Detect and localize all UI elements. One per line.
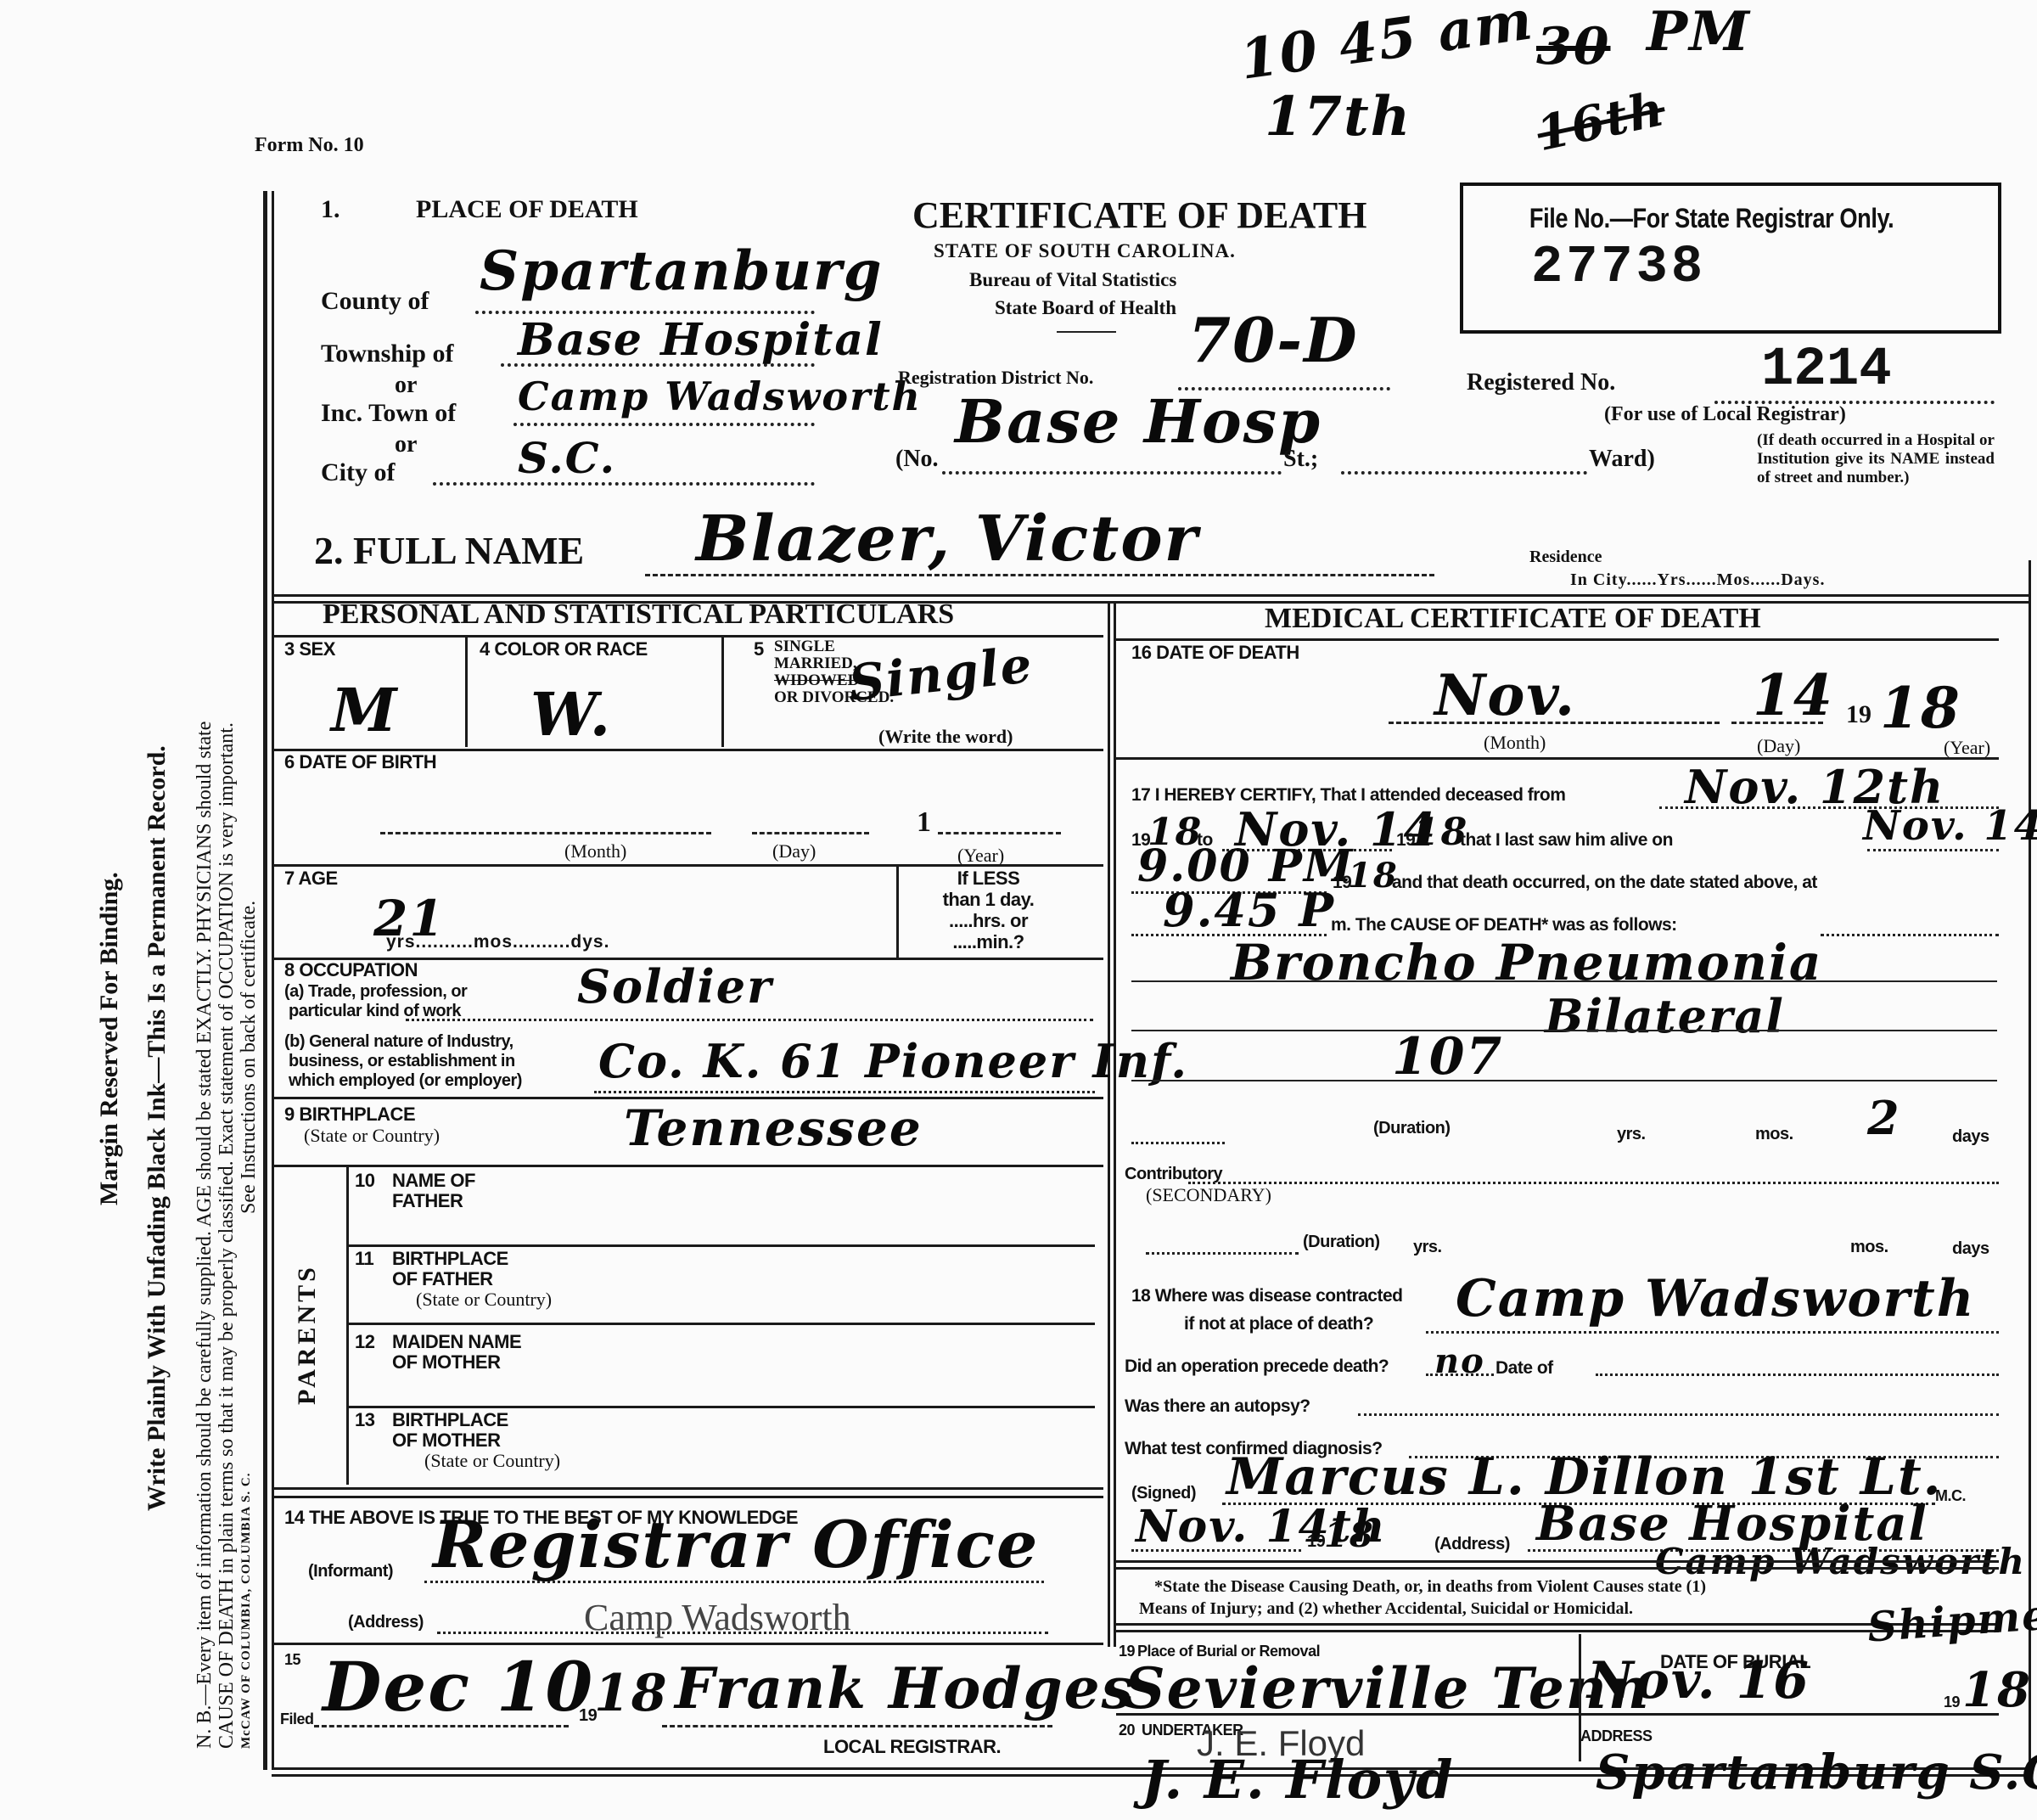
parent-l1: MAIDEN NAME <box>392 1331 521 1353</box>
parent-l1: BIRTHPLACE <box>392 1248 508 1270</box>
form-left-border <box>263 191 267 1770</box>
personal-header-rule <box>272 635 1103 638</box>
form-left-border-inner <box>272 191 274 1770</box>
autopsy-line <box>1358 1413 1999 1416</box>
margin-nb-line3: See Instructions on back of certificate. <box>238 901 261 1214</box>
last-saw-year: 18 <box>1348 856 1399 896</box>
burial-date-value: Nov. 16 <box>1587 1651 1810 1710</box>
certificate-title: CERTIFICATE OF DEATH <box>912 194 1366 237</box>
undertaker-address: Spartanburg S.C. <box>1596 1744 2037 1800</box>
town-label: Inc. Town of <box>321 399 456 428</box>
parent-row-father-birthplace: 11 BIRTHPLACE OF FATHER (State or Countr… <box>348 1244 1103 1324</box>
duration-days: days <box>1952 1127 1989 1147</box>
filed-year-value: 18 <box>594 1664 669 1723</box>
age-units: yrs..........mos..........dys. <box>386 932 609 952</box>
filed-rule-top <box>272 1643 1103 1645</box>
undertaker-address-label: ADDRESS <box>1580 1727 1653 1745</box>
parent-row-mother-name: 12 MAIDEN NAME OF MOTHER <box>348 1323 1103 1402</box>
city-label: City of <box>321 458 395 487</box>
less-day-1: If LESS <box>901 868 1075 889</box>
informant-rule-top <box>272 1487 1103 1490</box>
footnote-1: *State the Disease Causing Death, or, in… <box>1154 1577 1706 1597</box>
burial-year: 18 <box>1962 1662 2032 1718</box>
death-time: 9.45 P <box>1163 883 1335 937</box>
shipment-annotation: Shipment <box>1866 1587 2037 1651</box>
informant-value: Registrar Office <box>433 1507 1039 1582</box>
parent-l1: NAME OF <box>392 1170 475 1192</box>
dob-year-line <box>938 832 1061 834</box>
date-of-label: Date of <box>1495 1358 1553 1379</box>
street-prefix: (No. <box>895 446 939 473</box>
dod-day: 14 <box>1753 662 1834 728</box>
dob-month-caption: (Month) <box>564 840 626 862</box>
street-value: Base Hosp <box>955 386 1322 457</box>
dob-month-line <box>380 832 711 834</box>
parents-label: PARENTS <box>293 1264 322 1405</box>
date-of-line <box>1596 1373 1999 1376</box>
margin-binding-note: Margin Reserved For Binding. <box>95 872 124 1205</box>
footnote-rule-bottom-2 <box>1116 1630 1999 1632</box>
birthplace-label: 9 BIRTHPLACE <box>284 1104 415 1126</box>
burial-place-value: Sevierville Tenn <box>1125 1655 1651 1722</box>
town-value: Camp Wadsworth <box>518 374 922 419</box>
occupation-b-value: Co. K. 61 Pioneer Inf. <box>598 1034 1188 1088</box>
township-label: Township of <box>321 340 453 368</box>
informant-label: (Informant) <box>308 1562 393 1581</box>
parent-num: 11 <box>355 1248 373 1270</box>
dod-year-caption: (Year) <box>1944 737 1990 759</box>
occupation-b-line1: (b) General nature of Industry, <box>284 1032 513 1052</box>
occupation-a-line1: (a) Trade, profession, or <box>284 982 467 1002</box>
parent-l2: OF MOTHER <box>392 1430 501 1452</box>
state-name: STATE OF SOUTH CAROLINA. <box>934 240 1236 262</box>
name-divider-top <box>272 594 2029 597</box>
registration-district-value: 70-D <box>1188 304 1359 376</box>
duration-label: (Duration) <box>1373 1119 1451 1138</box>
informant-address-stamp: Camp Wadsworth <box>584 1596 851 1639</box>
race-label: 4 COLOR OR RACE <box>480 638 648 660</box>
q18-line2: if not at place of death? <box>1184 1314 1373 1334</box>
autopsy-label: Was there an autopsy? <box>1125 1396 1310 1417</box>
cause-label-line <box>1821 934 1999 936</box>
registrar-value: Frank Hodges <box>675 1655 1135 1722</box>
cause-line-1 <box>1131 980 1997 982</box>
secondary-label: (SECONDARY) <box>1146 1184 1271 1206</box>
secondary-duration-yrs: yrs. <box>1413 1238 1442 1257</box>
signed-suffix: M.C. <box>1935 1487 1966 1505</box>
birthplace-value: Tennessee <box>624 1099 923 1157</box>
sex-label: 3 SEX <box>284 638 335 660</box>
parent-l2: OF MOTHER <box>392 1351 501 1373</box>
informant-address-label: (Address) <box>348 1613 424 1632</box>
cause-of-death-3: 107 <box>1392 1027 1503 1087</box>
dod-year: 18 <box>1880 675 1961 741</box>
secondary-duration-mos: mos. <box>1850 1238 1888 1257</box>
sign-year-prefix: 19 <box>1307 1532 1325 1552</box>
registered-no-value: 1214 <box>1761 340 1892 401</box>
burial-row-rule <box>1116 1713 1999 1716</box>
burial-year-prefix: 19 <box>1944 1694 1960 1711</box>
form-right-border <box>2029 560 2031 1766</box>
street-line <box>942 471 1282 475</box>
filed-date-value: Dec 10 <box>323 1647 594 1727</box>
row-rule-7 <box>272 864 1103 867</box>
registered-no-label: Registered No. <box>1467 369 1615 396</box>
duration-days-value: 2 <box>1867 1091 1901 1145</box>
certify-death-occurred: and that death occurred, on the date sta… <box>1392 873 1817 893</box>
cause-line-2 <box>1131 1030 1997 1031</box>
file-number-box: File No.—For State Registrar Only. 27738 <box>1460 183 2001 334</box>
race-value: W. <box>530 679 612 750</box>
sex-value: M <box>331 675 399 745</box>
sign-year: 18 <box>1324 1515 1375 1555</box>
dob-year-prefix: 1 <box>917 806 931 839</box>
certify-19-b: 19 <box>1396 830 1415 851</box>
operation-label: Did an operation precede death? <box>1125 1357 1389 1377</box>
or-label-2: or <box>395 431 417 458</box>
q18-value: Camp Wadsworth <box>1456 1269 1975 1328</box>
county-value: Spartanburg <box>480 239 883 303</box>
secondary-duration-days: days <box>1952 1239 1989 1259</box>
dod-month: Nov. <box>1434 662 1576 728</box>
duration-mos: mos. <box>1755 1125 1793 1144</box>
full-name-value: Blazer, Victor <box>696 503 1199 576</box>
contributory-line <box>1188 1182 1999 1184</box>
dob-day-caption: (Day) <box>772 840 816 862</box>
occupation-b-line2: business, or establishment in <box>289 1052 515 1071</box>
parent-num: 13 <box>355 1409 374 1431</box>
cause-of-death-2: Bilateral <box>1545 989 1785 1043</box>
local-registrar-note: (For use of Local Registrar) <box>1604 403 1846 426</box>
footnote-rule-top-2 <box>1116 1567 1999 1570</box>
parent-l1: BIRTHPLACE <box>392 1409 508 1431</box>
street-suffix: St.; <box>1283 446 1318 473</box>
full-name-label: 2. FULL NAME <box>314 528 584 573</box>
dod-month-caption: (Month) <box>1484 732 1546 754</box>
occupation-b-line3: which employed (or employer) <box>289 1071 522 1091</box>
parent-row-father-name: 10 NAME OF FATHER <box>348 1166 1103 1246</box>
q18-line <box>1426 1331 1999 1334</box>
ward-line <box>1341 471 1587 475</box>
parent-num: 12 <box>355 1331 374 1353</box>
hospital-note: (If death occurred in a Hospital or Inst… <box>1757 431 1995 487</box>
parent-row-mother-birthplace: 13 BIRTHPLACE OF MOTHER (State or Countr… <box>348 1406 1103 1486</box>
less-day-3: .....hrs. or <box>901 910 1075 931</box>
residence-label: Residence <box>1529 548 1602 567</box>
less-than-day-box: If LESS than 1 day. .....hrs. or .....mi… <box>901 868 1075 952</box>
dod-day-caption: (Day) <box>1757 735 1800 757</box>
marital-note: (Write the word) <box>878 726 1013 748</box>
last-saw-value: Nov. 14 <box>1863 802 2037 850</box>
marital-num: 5 <box>754 638 764 660</box>
certify-last-saw: that I last saw him alive on <box>1460 830 1673 851</box>
board-name: State Board of Health <box>995 297 1176 319</box>
parent-l3: (State or Country) <box>416 1289 552 1311</box>
dob-label: 6 DATE OF BIRTH <box>284 751 436 773</box>
annotation-struck: 30 <box>1536 17 1611 76</box>
cause-of-death-label: m. The CAUSE OF DEATH* was as follows: <box>1331 915 1677 935</box>
parent-num: 10 <box>355 1170 374 1192</box>
registrar-line <box>662 1725 1052 1727</box>
cause-line-3 <box>1131 1080 1997 1081</box>
informant-rule-top-2 <box>272 1496 1103 1498</box>
filed-label: Filed <box>280 1710 314 1728</box>
undertaker-signature: J. E. Floyd <box>1142 1749 1454 1811</box>
registrar-caption: LOCAL REGISTRAR. <box>823 1736 1001 1758</box>
dob-day-line <box>752 832 869 834</box>
undertaker-num: 20 <box>1119 1722 1135 1739</box>
less-day-4: .....min.? <box>901 931 1075 952</box>
race-divider <box>721 637 724 747</box>
printer-imprint: McCAW OF COLUMBIA, COLUMBIA S. C. <box>239 1472 254 1749</box>
age-divider <box>896 866 899 959</box>
occupation-label: 8 OCCUPATION <box>284 959 418 981</box>
occupation-a-line <box>406 1019 1093 1021</box>
parent-l2: OF FATHER <box>392 1268 493 1290</box>
town-line <box>513 423 815 426</box>
q18-line1: 18 Where was disease contracted <box>1131 1286 1403 1306</box>
annotation-struck-day: 16th <box>1532 81 1670 162</box>
center-divider <box>1108 603 1110 1647</box>
less-day-2: than 1 day. <box>901 889 1075 910</box>
ward-label: Ward) <box>1589 446 1655 473</box>
parent-l3: (State or Country) <box>424 1450 560 1472</box>
city-line <box>433 482 815 486</box>
section-1-title: PLACE OF DEATH <box>416 195 638 224</box>
annotation-pm: PM <box>1647 0 1751 64</box>
sex-divider <box>465 637 468 747</box>
footnote-rule-top <box>1116 1560 1999 1563</box>
secondary-duration-lead <box>1146 1252 1299 1255</box>
physician-address-label: (Address) <box>1434 1535 1510 1554</box>
bureau-name: Bureau of Vital Statistics <box>969 269 1176 291</box>
date-of-death-label: 16 DATE OF DEATH <box>1131 642 1299 664</box>
duration-yrs: yrs. <box>1617 1125 1646 1144</box>
duration-lead-line <box>1131 1142 1225 1144</box>
margin-nb-line2: CAUSE OF DEATH in plain terms so that it… <box>216 722 238 1749</box>
cause-of-death-1: Broncho Pneumonia <box>1231 934 1823 991</box>
medical-section-title: MEDICAL CERTIFICATE OF DEATH <box>1265 603 1761 635</box>
margin-nb-line1: N. B.—Every item of information should b… <box>194 722 216 1749</box>
annotation-day: 17th <box>1265 85 1411 149</box>
annotation-time: 10 45 am <box>1236 0 1537 93</box>
section-1-number: 1. <box>321 195 340 224</box>
footnote-2: Means of Injury; and (2) whether Acciden… <box>1139 1599 1633 1619</box>
county-label: County of <box>321 287 429 316</box>
occupation-b-line <box>594 1091 1095 1093</box>
form-number: Form No. 10 <box>255 134 364 157</box>
secondary-duration-label: (Duration) <box>1303 1233 1380 1252</box>
residence-line: In City......Yrs......Mos......Days. <box>1570 570 1825 590</box>
dod-year-prefix: 19 <box>1846 700 1871 729</box>
margin-ink-note: Write Plainly With Unfading Black Ink—Th… <box>143 745 171 1511</box>
township-value: Base Hospital <box>518 314 884 366</box>
or-label: or <box>395 372 417 399</box>
personal-section-title: PERSONAL AND STATISTICAL PARTICULARS <box>323 598 954 631</box>
filed-num: 15 <box>284 1651 300 1669</box>
file-number-value: 27738 <box>1531 237 1706 297</box>
operation-value: no <box>1434 1341 1485 1381</box>
file-number-label: File No.—For State Registrar Only. <box>1529 203 1894 234</box>
parent-l2: FATHER <box>392 1190 463 1212</box>
occupation-a-value: Soldier <box>577 959 773 1014</box>
city-value: S.C. <box>518 433 616 483</box>
header-rule <box>1057 331 1116 333</box>
birthplace-sub: (State or Country) <box>304 1125 440 1147</box>
age-label: 7 AGE <box>284 868 338 890</box>
medical-header-rule <box>1116 638 1999 641</box>
